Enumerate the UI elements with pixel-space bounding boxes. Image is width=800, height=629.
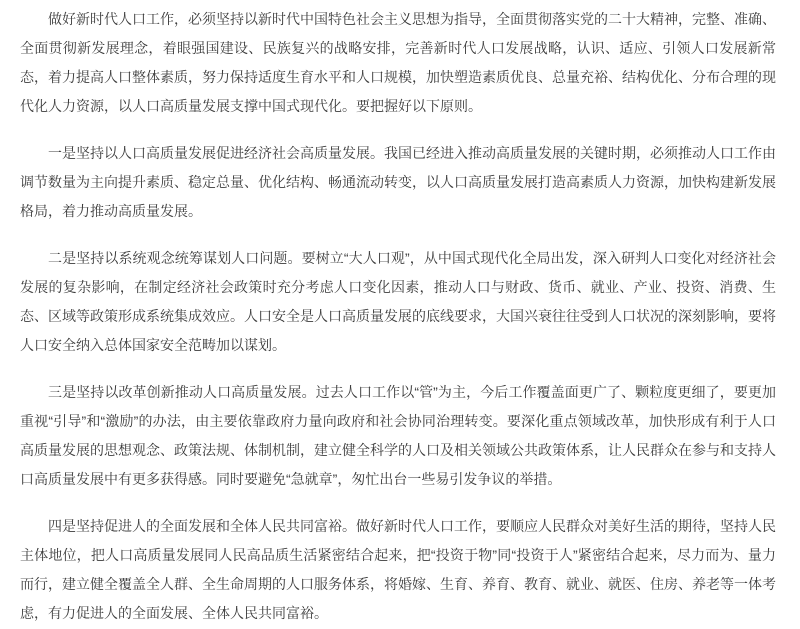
paragraph-principle-1: 一是坚持以人口高质量发展促进经济社会高质量发展。我国已经进入推动高质量发展的关键… xyxy=(20,139,776,226)
paragraph-principle-3: 三是坚持以改革创新推动人口高质量发展。过去人口工作以“管”为主，今后工作覆盖面更… xyxy=(20,378,776,494)
paragraph-intro: 做好新时代人口工作，必须坚持以新时代中国特色社会主义思想为指导，全面贯彻落实党的… xyxy=(20,5,776,121)
paragraph-principle-4: 四是坚持促进人的全面发展和全体人民共同富裕。做好新时代人口工作，要顺应人民群众对… xyxy=(20,512,776,628)
document-body: 做好新时代人口工作，必须坚持以新时代中国特色社会主义思想为指导，全面贯彻落实党的… xyxy=(0,0,800,628)
paragraph-principle-2: 二是坚持以系统观念统筹谋划人口问题。要树立“大人口观”，从中国式现代化全局出发，… xyxy=(20,244,776,360)
